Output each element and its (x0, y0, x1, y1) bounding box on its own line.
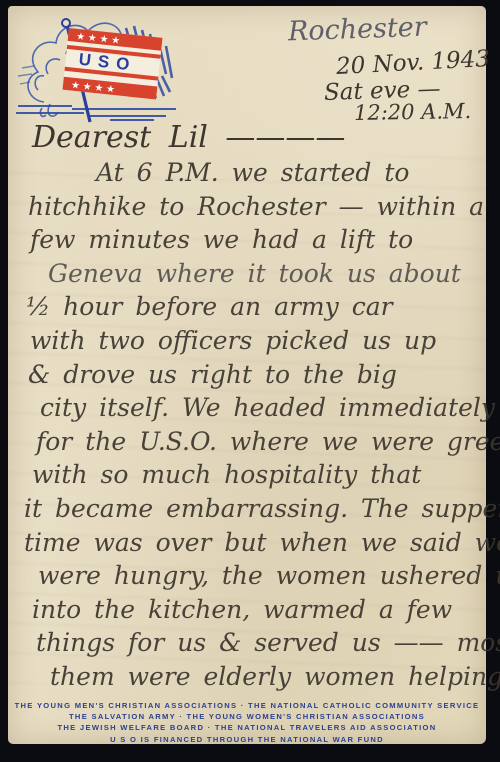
letter-salutation: Dearest Lil ———— (32, 120, 345, 155)
letter-body-line: into the kitchen, warmed a few (32, 593, 482, 627)
letter-body-line: with so much hospitality that (32, 458, 482, 492)
uso-flag-icon: ★ ★ ★ ★ ★ ★ ★ ★ USO (14, 12, 184, 124)
letter-date: 20 Nov. 1943 (335, 46, 490, 80)
letter-body-line: city itself. We headed immediately (40, 391, 482, 425)
footer-line: THE JEWISH WELFARE BOARD · THE NATIONAL … (8, 722, 486, 733)
letter-body-line: them were elderly women helping with (50, 660, 482, 694)
letter-body-line: were hungry, the women ushered us (38, 559, 482, 593)
letter-place: Rochester (288, 12, 428, 48)
footer-line: U S O IS FINANCED THROUGH THE NATIONAL W… (8, 734, 486, 745)
letter-body-line: At 6 P.M. we started to (96, 156, 482, 190)
letter-body-line: with two officers picked us up (30, 324, 482, 358)
letter-body-line: & drove us right to the big (28, 358, 482, 392)
footer-line: THE YOUNG MEN'S CHRISTIAN ASSOCIATIONS ·… (8, 700, 486, 711)
uso-banner: ★ ★ ★ ★ ★ ★ ★ ★ USO (62, 28, 162, 100)
footer-line: THE SALVATION ARMY · THE YOUNG WOMEN'S C… (8, 711, 486, 722)
letter-body-line: Geneva where it took us about (48, 257, 482, 291)
letter-body-line: things for us & served us —— most of (36, 626, 482, 660)
letter-body-line: it became embarrassing. The supper (24, 492, 482, 526)
letter-body: At 6 P.M. we started to hitchhike to Roc… (20, 156, 482, 694)
letter-body-line: time was over but when we said we (24, 526, 482, 560)
letter-time: 12:20 A.M. (354, 99, 472, 125)
letter-body-line: few minutes we had a lift to (30, 223, 482, 257)
stationery-footer: THE YOUNG MEN'S CHRISTIAN ASSOCIATIONS ·… (8, 700, 486, 745)
letter-body-line: hitchhike to Rochester — within a (28, 190, 482, 224)
letter-body-line: for the U.S.O. where we were greeted (36, 425, 482, 459)
ground-hatch-sketch (16, 106, 176, 120)
letter-body-line: ½ hour before an army car (26, 290, 482, 324)
letter-paper: ★ ★ ★ ★ ★ ★ ★ ★ USO Rochester 20 Nov. 19… (8, 6, 486, 744)
